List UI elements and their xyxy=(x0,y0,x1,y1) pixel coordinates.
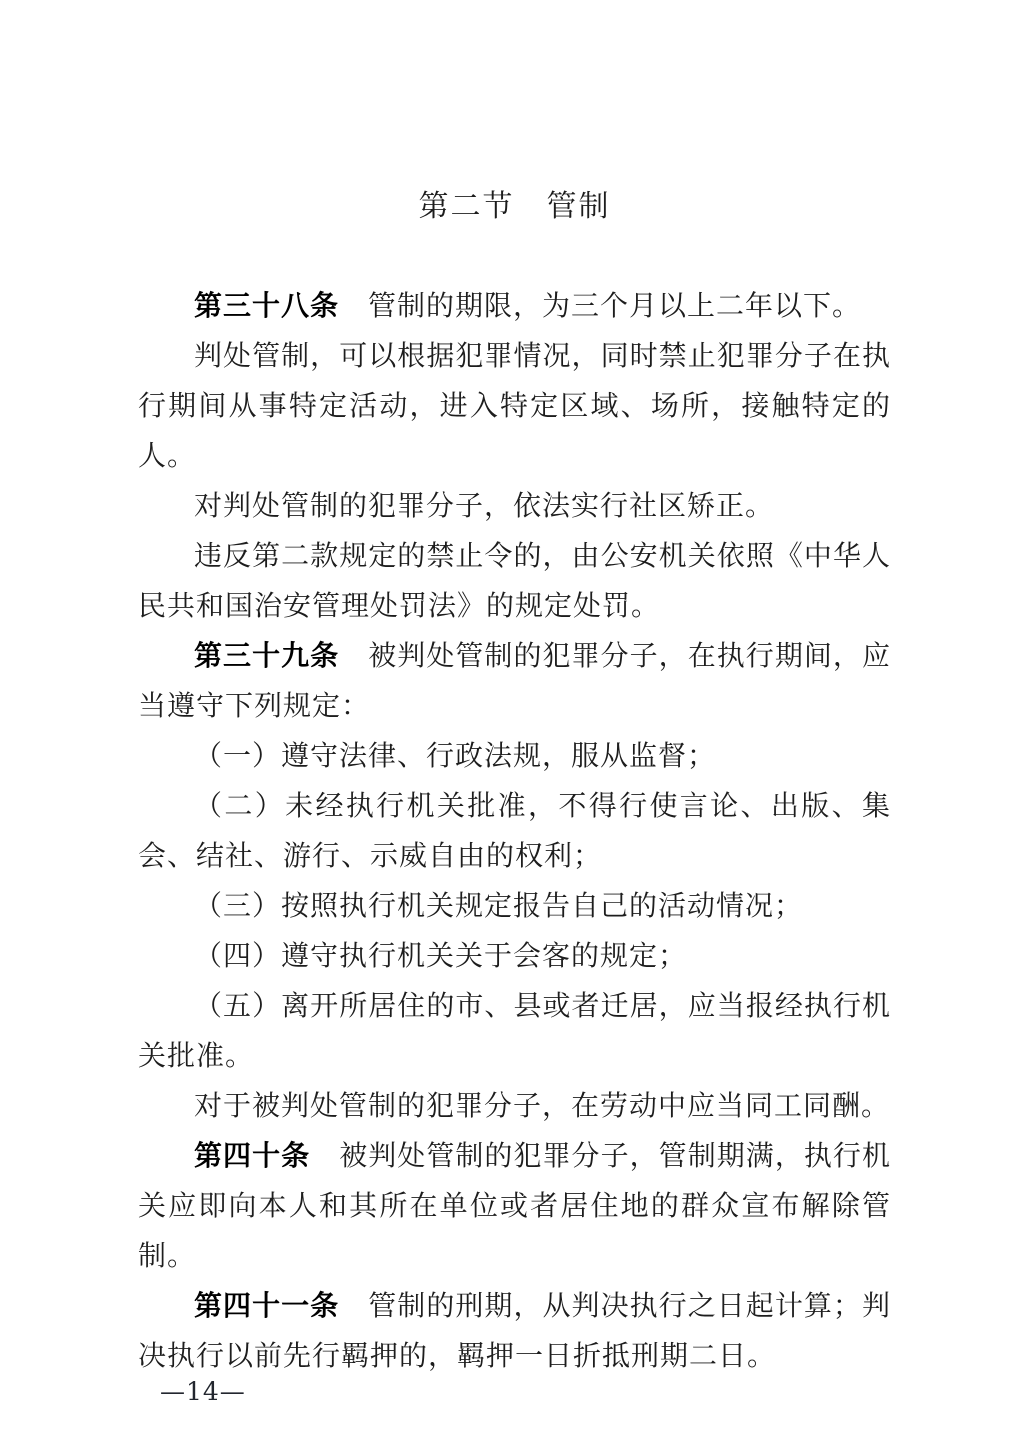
article-paragraph: 违反第二款规定的禁止令的，由公安机关依照《中华人民共和国治安管理处罚法》的规定处… xyxy=(138,531,891,631)
document-page: 第二节 管制 第三十八条 管制的期限，为三个月以上二年以下。 判处管制，可以根据… xyxy=(0,0,1024,1448)
paragraph-text: 违反第二款规定的禁止令的，由公安机关依照《中华人民共和国治安管理处罚法》的规定处… xyxy=(138,539,891,622)
article-number: 第三十八条 xyxy=(194,289,339,322)
article-paragraph: 第四十条 被判处管制的犯罪分子，管制期满，执行机关应即向本人和其所在单位或者居住… xyxy=(138,1131,891,1281)
list-item-paragraph: （三）按照执行机关规定报告自己的活动情况； xyxy=(138,881,891,931)
article-number: 第四十一条 xyxy=(194,1289,339,1322)
article-number: 第四十条 xyxy=(194,1139,310,1172)
list-item-paragraph: （二）未经执行机关批准，不得行使言论、出版、集会、结社、游行、示威自由的权利； xyxy=(138,781,891,881)
article-paragraph: 判处管制，可以根据犯罪情况，同时禁止犯罪分子在执行期间从事特定活动，进入特定区域… xyxy=(138,331,891,481)
paragraph-text: （二）未经执行机关批准，不得行使言论、出版、集会、结社、游行、示威自由的权利； xyxy=(138,789,891,872)
section-title: 第二节 管制 xyxy=(138,182,891,232)
article-number: 第三十九条 xyxy=(194,639,339,672)
article-paragraph: 第四十一条 管制的刑期，从判决执行之日起计算；判决执行以前先行羁押的，羁押一日折… xyxy=(138,1281,891,1381)
list-item-paragraph: （四）遵守执行机关关于会客的规定； xyxy=(138,931,891,981)
document-body: 第二节 管制 第三十八条 管制的期限，为三个月以上二年以下。 判处管制，可以根据… xyxy=(138,182,891,1381)
list-item-paragraph: （一）遵守法律、行政法规，服从监督； xyxy=(138,731,891,781)
paragraph-text: 管制的期限，为三个月以上二年以下。 xyxy=(339,289,861,322)
article-paragraph: 第三十九条 被判处管制的犯罪分子，在执行期间，应当遵守下列规定： xyxy=(138,631,891,731)
article-paragraph: 对于被判处管制的犯罪分子，在劳动中应当同工同酬。 xyxy=(138,1081,891,1131)
article-paragraph: 第三十八条 管制的期限，为三个月以上二年以下。 xyxy=(138,281,891,331)
paragraph-text: 对判处管制的犯罪分子，依法实行社区矫正。 xyxy=(194,489,774,522)
paragraph-text: （三）按照执行机关规定报告自己的活动情况； xyxy=(194,889,803,922)
page-number: —14— xyxy=(160,1372,246,1412)
paragraph-text: （一）遵守法律、行政法规，服从监督； xyxy=(194,739,716,772)
paragraph-text: （五）离开所居住的市、县或者迁居，应当报经执行机关批准。 xyxy=(138,989,891,1072)
paragraph-text: 对于被判处管制的犯罪分子，在劳动中应当同工同酬。 xyxy=(194,1089,890,1122)
list-item-paragraph: （五）离开所居住的市、县或者迁居，应当报经执行机关批准。 xyxy=(138,981,891,1081)
article-paragraph: 对判处管制的犯罪分子，依法实行社区矫正。 xyxy=(138,481,891,531)
paragraph-text: （四）遵守执行机关关于会客的规定； xyxy=(194,939,687,972)
paragraph-text: 判处管制，可以根据犯罪情况，同时禁止犯罪分子在执行期间从事特定活动，进入特定区域… xyxy=(138,339,891,472)
